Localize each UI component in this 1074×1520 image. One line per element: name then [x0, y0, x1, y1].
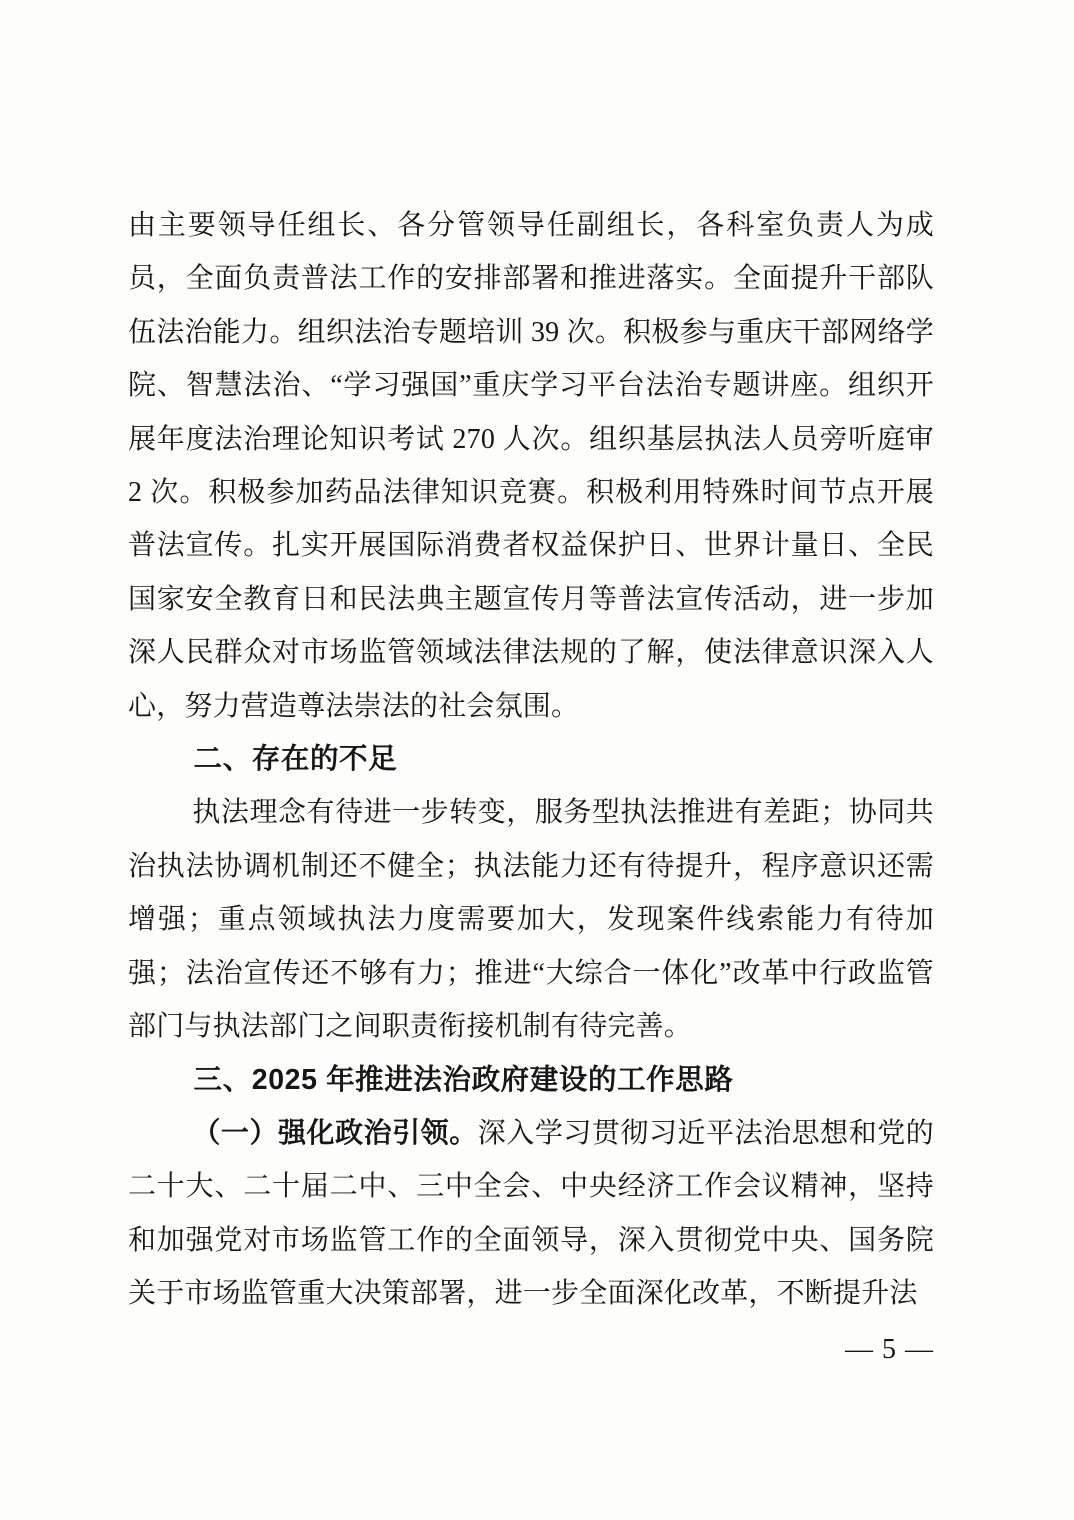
document-content: 由主要领导任组长、各分管领导任副组长，各科室负责人为成员，全面负责普法工作的安排…: [128, 199, 934, 1321]
paragraph-shortcomings: 执法理念有待进一步转变，服务型执法推进有差距；协同共治执法协调机制还不健全；执法…: [128, 786, 934, 1053]
paragraph-political-guidance: （一）强化政治引领。深入学习贯彻习近平法治思想和党的二十大、二十届二中、三中全会…: [128, 1107, 934, 1321]
paragraph-lead-bold: （一）强化政治引领。: [192, 1118, 477, 1149]
section-heading-shortcomings: 二、存在的不足: [128, 733, 934, 786]
page-number: — 5 —: [128, 1329, 934, 1371]
paragraph-law-popularization: 由主要领导任组长、各分管领导任副组长，各科室负责人为成员，全面负责普法工作的安排…: [128, 199, 934, 733]
document-page: 由主要领导任组长、各分管领导任副组长，各科室负责人为成员，全面负责普法工作的安排…: [0, 0, 1074, 1520]
section-heading-2025-work-plan: 三、2025 年推进法治政府建设的工作思路: [128, 1054, 934, 1107]
